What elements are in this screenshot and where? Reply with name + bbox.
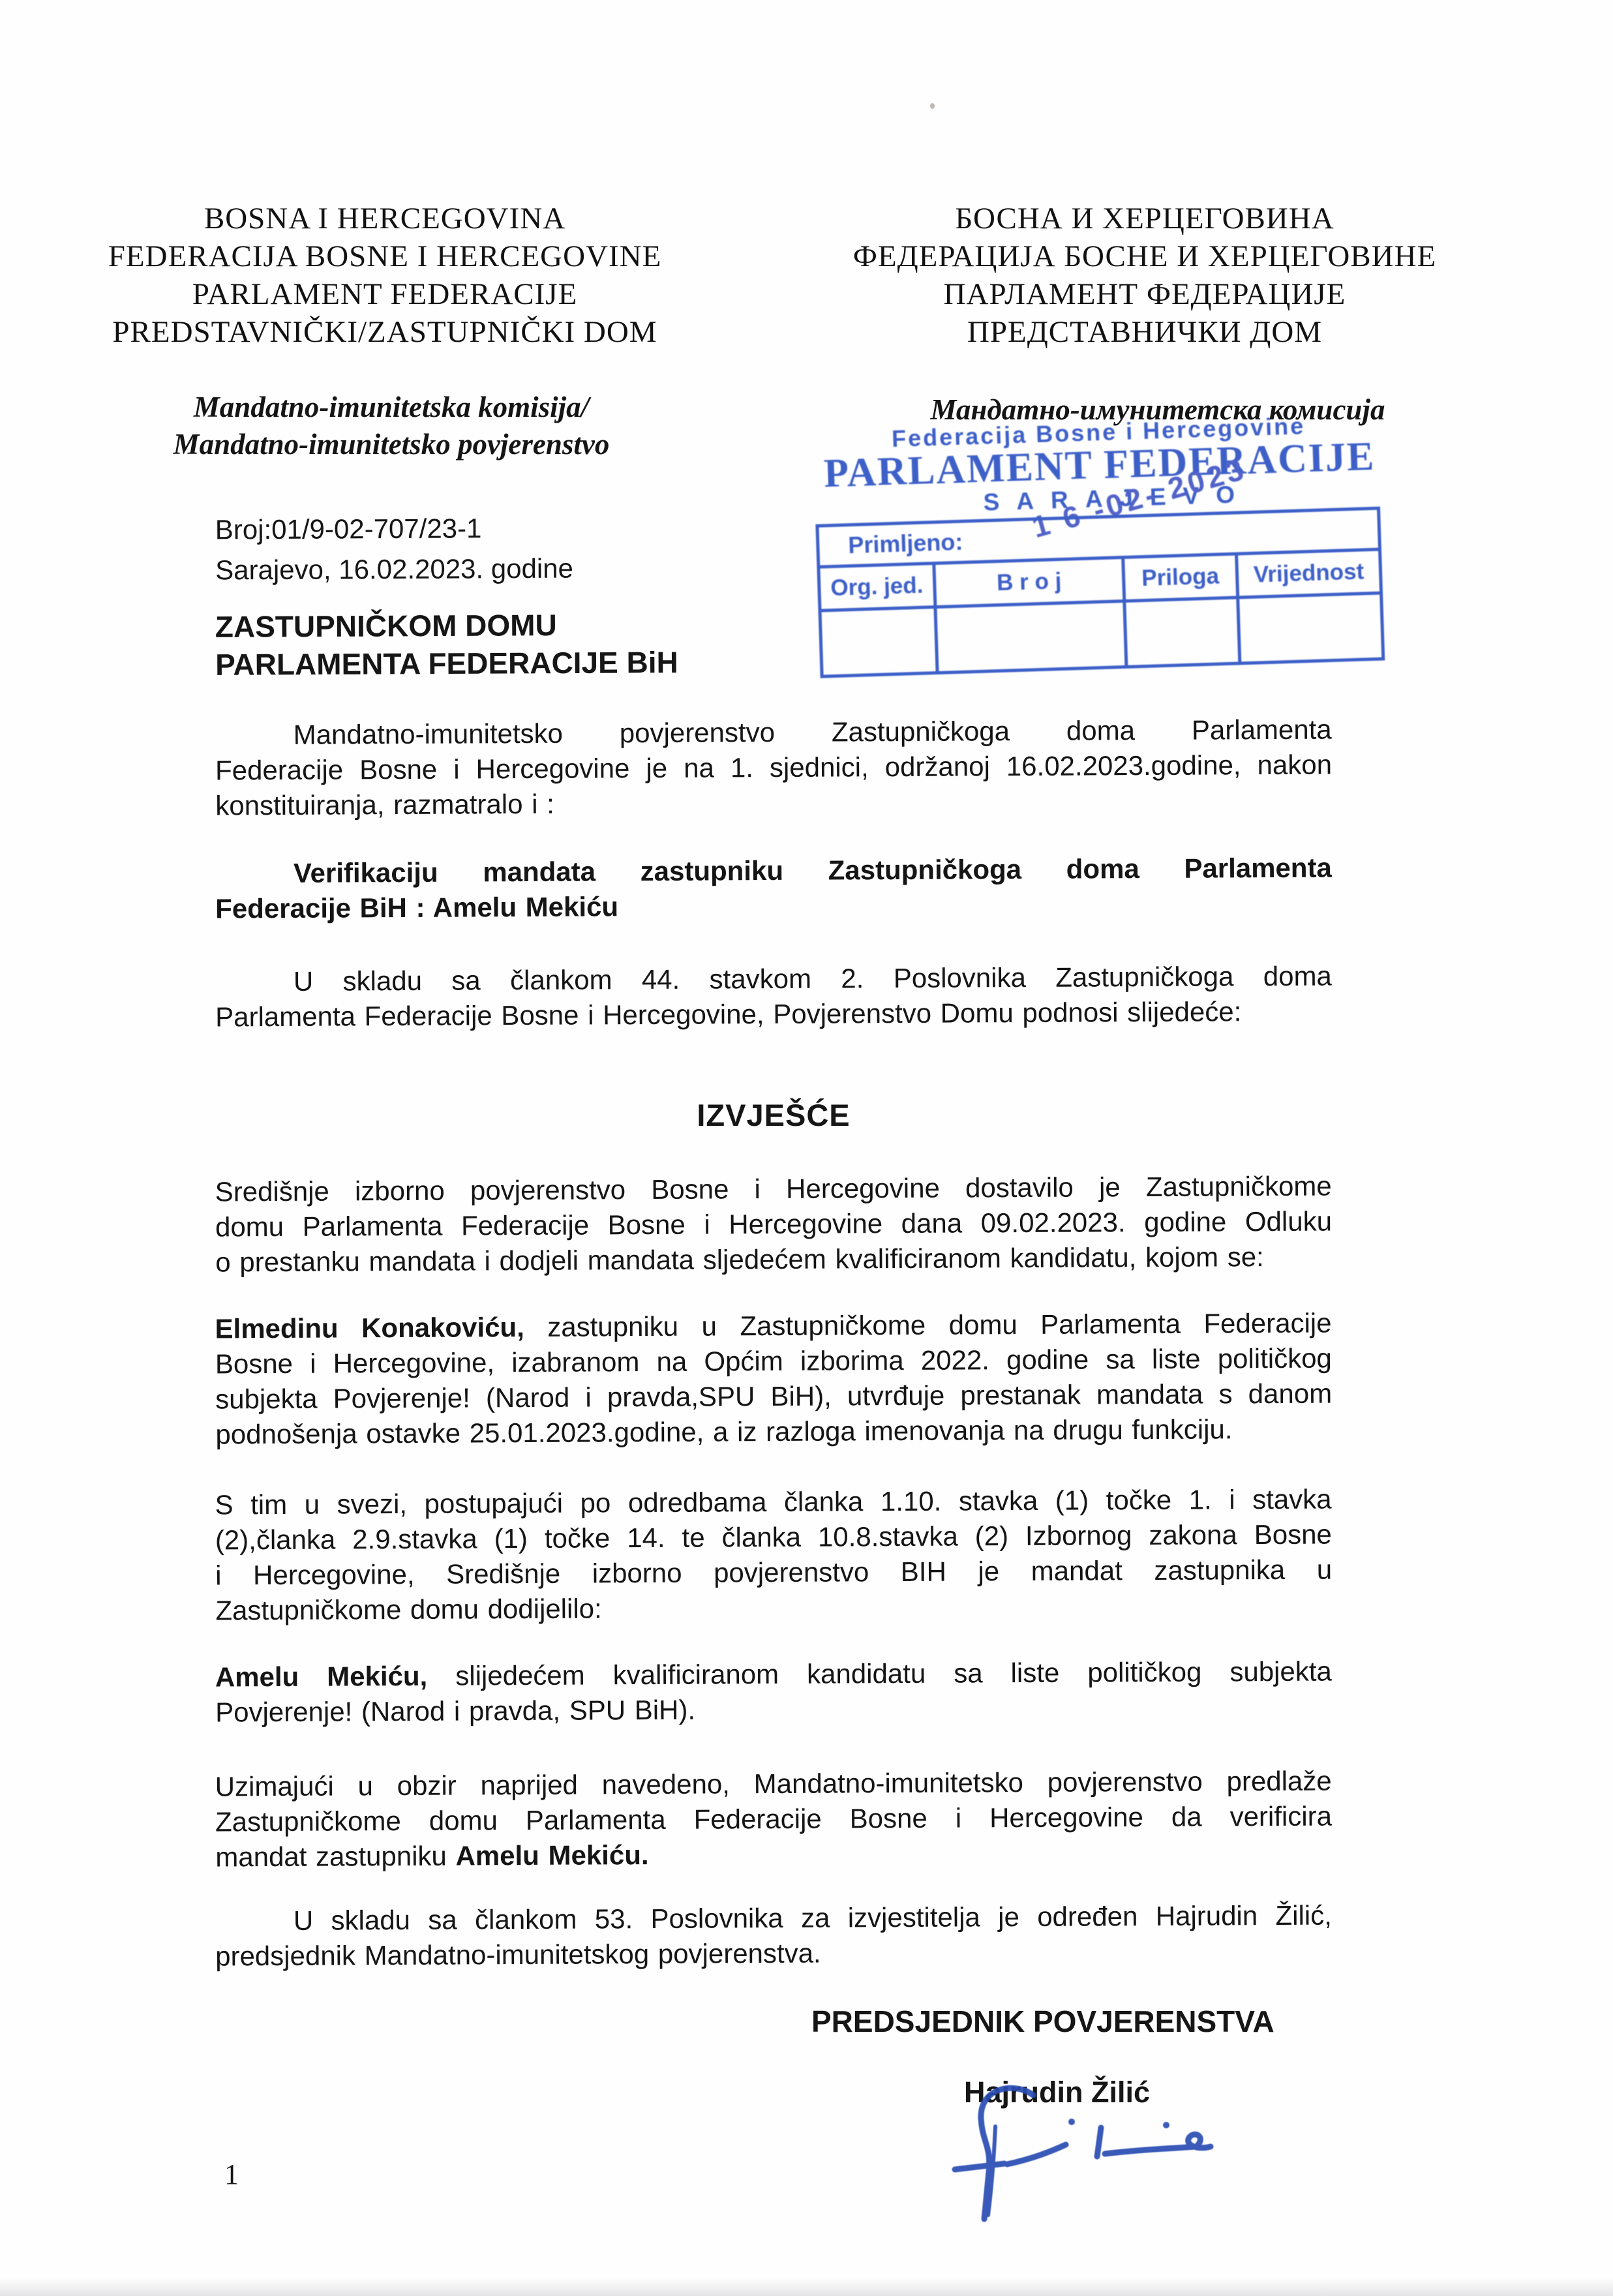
text-run: Bosne i Hercegovine, izabranom na Općim … xyxy=(215,1343,1332,1380)
text-line: podnošenja ostavke 25.01.2023.godine, a … xyxy=(215,1412,1332,1453)
text-run: U skladu sa člankom 44. stavkom 2. Poslo… xyxy=(294,961,1332,997)
text-line: S tim u svezi, postupajući po odredbama … xyxy=(215,1482,1331,1523)
text-line: subjekta Povjerenje! (Narod i pravda,SPU… xyxy=(215,1376,1332,1417)
text-run: subjekta Povjerenje! (Narod i pravda,SPU… xyxy=(215,1378,1332,1415)
text-line: mandat zastupniku Amelu Mekiću. xyxy=(215,1834,1332,1875)
stamp-empty-cell xyxy=(822,609,936,674)
text-run: (2),članka 2.9.stavka (1) točke 14. te č… xyxy=(215,1519,1332,1556)
text-run: konstituiranja, razmatralo i : xyxy=(215,789,554,821)
text-run: Amelu Mekiću. xyxy=(455,1839,648,1871)
stamp-column-priloga: Priloga xyxy=(1121,556,1236,599)
text-line: U skladu sa člankom 44. stavkom 2. Poslo… xyxy=(215,959,1332,1000)
text-line: U skladu sa člankom 53. Poslovnika za iz… xyxy=(215,1898,1332,1939)
reference-block: Broj:01/9-02-707/23-1 Sarajevo, 16.02.20… xyxy=(215,508,573,591)
recipient-line: ZASTUPNIČKOM DOMU xyxy=(215,605,678,646)
text-line: Bosne i Hercegovine, izabranom na Općim … xyxy=(215,1341,1332,1382)
text-line: konstituiranja, razmatralo i : xyxy=(215,783,1332,824)
text-run: podnošenja ostavke 25.01.2023.godine, a … xyxy=(215,1413,1232,1449)
text-line: Povjerenje! (Narod i pravda, SPU BiH). xyxy=(215,1689,1332,1730)
letterhead-line: ПРЕДСТАВНИЧКИ ДОМ xyxy=(841,313,1448,351)
report-heading: IZVJEŠĆE xyxy=(215,1097,1332,1133)
recipient-block: ZASTUPNIČKOM DOMU PARLAMENTA FEDERACIJE … xyxy=(215,605,678,684)
place-date: Sarajevo, 16.02.2023. godine xyxy=(215,549,573,591)
handwritten-signature xyxy=(937,2085,1237,2228)
paragraph-election-law: S tim u svezi, postupajući po odredbama … xyxy=(215,1482,1332,1629)
stamp-column-broj: B r o j xyxy=(932,559,1123,605)
text-run: Federacije Bosne i Hercegovine je na 1. … xyxy=(215,749,1332,786)
letterhead-line: BOSNA I HERCEGOVINA xyxy=(78,200,691,237)
scan-edge-shadow xyxy=(0,2278,1613,2296)
paragraph-mandate-termination: Elmedinu Konakoviću, zastupniku u Zastup… xyxy=(215,1306,1332,1453)
text-run: Federacije BiH : Amelu Mekiću xyxy=(215,891,618,924)
paragraph-verification-subject: Verifikaciju mandata zastupniku Zastupni… xyxy=(215,851,1333,927)
letterhead-line: FEDERACIJA BOSNE I HERCEGOVINE xyxy=(78,237,691,275)
text-run: Parlamenta Federacije Bosne i Hercegovin… xyxy=(215,996,1241,1032)
text-run: predsjednik Mandatno-imunitetskog povjer… xyxy=(215,1938,821,1972)
scan-artifact xyxy=(930,103,935,109)
text-line: Amelu Mekiću, slijedećem kvalificiranom … xyxy=(215,1654,1332,1695)
document-page: BOSNA I HERCEGOVINA FEDERACIJA BOSNE I H… xyxy=(0,0,1613,2296)
text-line: i Hercegovine, Središnje izborno povjere… xyxy=(215,1552,1332,1594)
text-line: Zastupničkome domu dodijelilo: xyxy=(215,1588,1332,1629)
stamp-empty-cell xyxy=(1236,595,1381,662)
receipt-stamp: Federacija Bosne i Hercegovine PARLAMENT… xyxy=(811,408,1394,700)
text-line: o prestanku mandata i dodjeli mandata sl… xyxy=(215,1239,1332,1280)
text-run: domu Parlamenta Federacije Bosne i Herce… xyxy=(215,1206,1332,1243)
committee-line: Mandatno-imunitetsko povjerenstvo xyxy=(98,426,685,463)
paragraph-intro: Mandatno-imunitetsko povjerenstvo Zastup… xyxy=(215,712,1333,824)
text-run: Mandatno-imunitetsko povjerenstvo Zastup… xyxy=(294,714,1332,750)
stamp-table: Primljeno: Org. jed. B r o j Priloga Vri… xyxy=(815,507,1385,678)
text-run: Amelu Mekiću, xyxy=(215,1661,428,1693)
letterhead-cyrillic: БОСНА И ХЕРЦЕГОВИНА ФЕДЕРАЦИЈА БОСНЕ И Х… xyxy=(841,200,1448,351)
letterhead-line: PARLAMENT FEDERACIJE xyxy=(78,275,691,313)
text-run: S tim u svezi, postupajući po odredbama … xyxy=(215,1484,1331,1520)
committee-line: Mandatno-imunitetska komisija/ xyxy=(98,389,685,426)
text-line: Verifikaciju mandata zastupniku Zastupni… xyxy=(215,851,1332,892)
text-line: Federacije Bosne i Hercegovine je na 1. … xyxy=(215,748,1332,789)
letterhead-line: PREDSTAVNIČKI/ZASTUPNIČKI DOM xyxy=(78,313,691,351)
text-line: Zastupničkome domu Parlamenta Federacije… xyxy=(215,1799,1332,1840)
text-line: Uzimajući u obzir naprijed navedeno, Man… xyxy=(215,1764,1332,1805)
letterhead-line: БОСНА И ХЕРЦЕГОВИНА xyxy=(841,200,1448,237)
letterhead-latin: BOSNA I HERCEGOVINA FEDERACIJA BOSNE I H… xyxy=(78,200,691,351)
paragraph-cec-decision: Središnje izborno povjerenstvo Bosne i H… xyxy=(215,1169,1333,1280)
text-line: domu Parlamenta Federacije Bosne i Herce… xyxy=(215,1204,1332,1245)
letterhead-line: ФЕДЕРАЦИЈА БОСНЕ И ХЕРЦЕГОВИНЕ xyxy=(841,237,1448,275)
text-run: Zastupničkome domu dodijelilo: xyxy=(215,1593,602,1625)
text-run: Zastupničkome domu Parlamenta Federacije… xyxy=(215,1801,1332,1837)
paragraph-rapporteur: U skladu sa člankom 53. Poslovnika za iz… xyxy=(215,1898,1333,1974)
paragraph-mandate-assignment: Amelu Mekiću, slijedećem kvalificiranom … xyxy=(215,1654,1333,1730)
letterhead-line: ПАРЛАМЕНТ ФЕДЕРАЦИЈЕ xyxy=(841,275,1448,313)
stamp-empty-cell xyxy=(933,603,1124,671)
paragraph-legal-basis: U skladu sa člankom 44. stavkom 2. Poslo… xyxy=(215,959,1333,1035)
reference-number: Broj:01/9-02-707/23-1 xyxy=(215,508,573,551)
text-run: Verifikaciju mandata zastupniku Zastupni… xyxy=(294,853,1332,888)
text-line: Elmedinu Konakoviću, zastupniku u Zastup… xyxy=(215,1306,1331,1347)
stamp-column-org-jed: Org. jed. xyxy=(820,565,933,609)
text-line: Federacije BiH : Amelu Mekiću xyxy=(215,886,1332,927)
text-line: predsjednik Mandatno-imunitetskog povjer… xyxy=(215,1933,1332,1974)
text-line: Parlamenta Federacije Bosne i Hercegovin… xyxy=(215,994,1332,1035)
page-number: 1 xyxy=(224,2158,239,2191)
text-run: Uzimajući u obzir naprijed navedeno, Man… xyxy=(215,1766,1332,1802)
text-line: (2),članka 2.9.stavka (1) točke 14. te č… xyxy=(215,1517,1332,1558)
text-run: mandat zastupniku xyxy=(215,1841,455,1873)
stamp-column-vrijednost: Vrijednost xyxy=(1235,551,1379,596)
text-run: Elmedinu Konakoviću, xyxy=(215,1312,524,1344)
text-run: Povjerenje! (Narod i pravda, SPU BiH). xyxy=(215,1695,695,1728)
text-run: slijedećem kvalificiranom kandidatu sa l… xyxy=(427,1656,1332,1691)
text-run: o prestanku mandata i dodjeli mandata sl… xyxy=(215,1241,1264,1277)
signature-title: PREDSJEDNIK POVJERENSTVA xyxy=(811,2004,1274,2039)
text-run: Središnje izborno povjerenstvo Bosne i H… xyxy=(215,1171,1332,1207)
recipient-line: PARLAMENTA FEDERACIJE BiH xyxy=(215,643,678,684)
text-line: Središnje izborno povjerenstvo Bosne i H… xyxy=(215,1169,1332,1210)
stamp-empty-cell xyxy=(1123,599,1238,665)
text-run: zastupniku u Zastupničkome domu Parlamen… xyxy=(524,1308,1332,1342)
text-run: i Hercegovine, Središnje izborno povjere… xyxy=(215,1554,1332,1591)
text-line: Mandatno-imunitetsko povjerenstvo Zastup… xyxy=(215,712,1332,753)
committee-name-latin: Mandatno-imunitetska komisija/ Mandatno-… xyxy=(98,389,685,463)
text-run: U skladu sa člankom 53. Poslovnika za iz… xyxy=(294,1900,1332,1936)
paragraph-proposal: Uzimajući u obzir naprijed navedeno, Man… xyxy=(215,1764,1333,1875)
